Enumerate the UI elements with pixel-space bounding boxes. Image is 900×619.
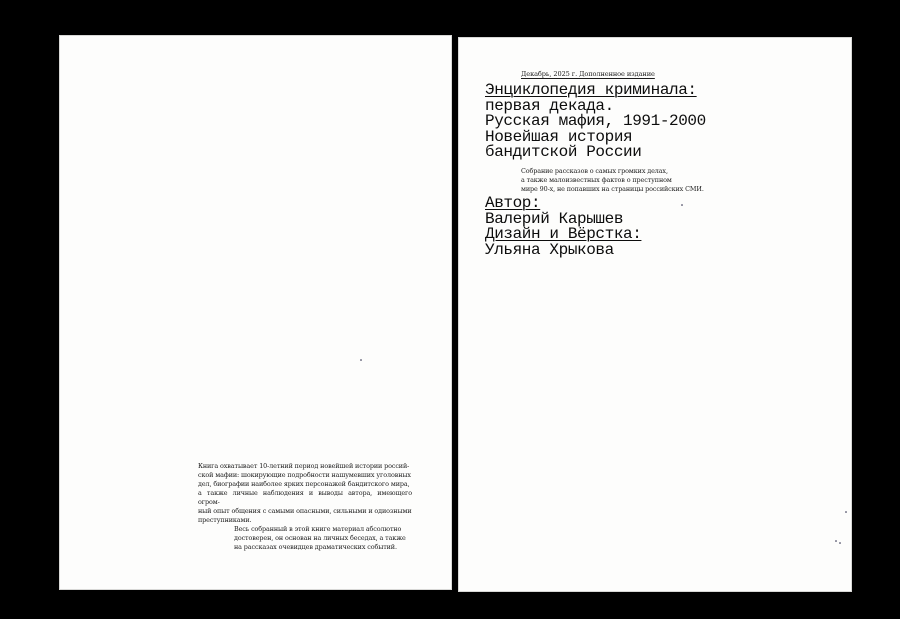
summary-line: ный опыт общения с самыми опасными, силь… (198, 507, 412, 516)
credits: Автор: Валерий Карышев Дизайн и Вёрстка:… (485, 196, 641, 258)
authenticity-line: на рассказах очевидцев драматических соб… (234, 543, 412, 552)
summary-line: ской мафии: шокирующие подробности нашум… (198, 471, 412, 480)
book-description: Собрание рассказов о самых громких делах… (521, 167, 704, 194)
paper-speck (360, 359, 362, 361)
description-line: Собрание рассказов о самых громких делах… (521, 167, 704, 176)
summary-paragraph: Книга охватывает 10-летний период новейш… (198, 462, 412, 525)
summary-line: дел, биографии наиболее ярких персонажей… (198, 480, 412, 489)
authenticity-line: Весь собранный в этой книге материал абс… (234, 525, 412, 534)
description-line: а также малоизвестных фактов о преступно… (521, 176, 704, 185)
edition-line: Декабрь, 2025 г. Дополненное издание (521, 70, 655, 79)
paper-speck (845, 511, 847, 513)
paper-speck (681, 204, 683, 206)
left-page: Книга охватывает 10-летний период новейш… (59, 35, 452, 590)
authenticity-line: достоверен, он основан на личных беседах… (234, 534, 412, 543)
summary-line: Книга охватывает 10-летний период новейш… (198, 462, 412, 471)
right-page: Декабрь, 2025 г. Дополненное издание Энц… (458, 37, 852, 592)
description-line: мире 90-х, не попавших на страницы росси… (521, 185, 704, 194)
book-title: Энциклопедия криминала: первая декада. Р… (485, 83, 706, 161)
summary-line: а также личные наблюдения и выводы автор… (198, 489, 412, 507)
book-summary: Книга охватывает 10-летний период новейш… (198, 462, 412, 552)
paper-speck (835, 540, 837, 542)
authenticity-paragraph: Весь собранный в этой книге материал абс… (234, 525, 412, 552)
title-line: бандитской России (485, 145, 706, 161)
paper-speck (839, 542, 841, 544)
summary-line: преступниками. (198, 516, 412, 525)
designer-name: Ульяна Хрыкова (485, 243, 641, 259)
